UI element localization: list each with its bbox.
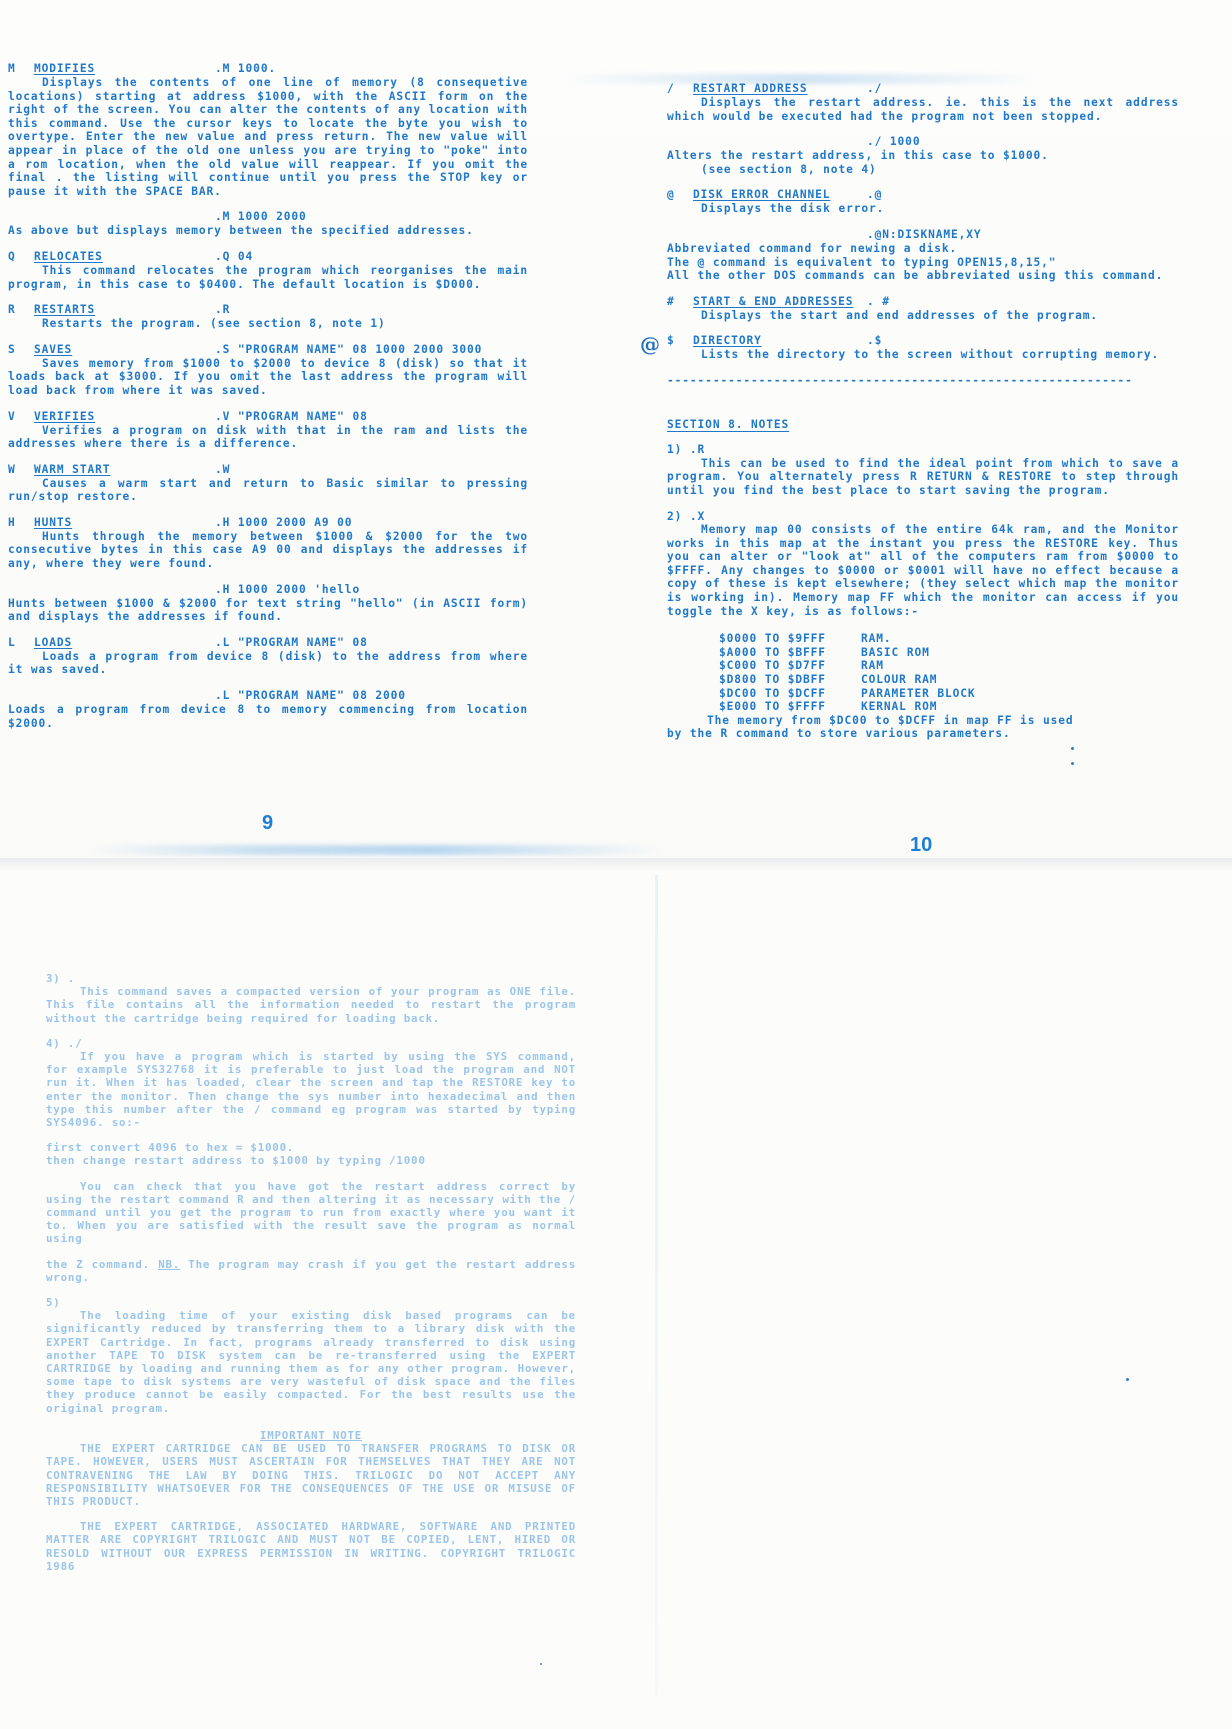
note-5-label: 5) [46,1296,576,1309]
command-entry: SSAVES.S "PROGRAM NAME" 08 1000 2000 300… [8,343,528,398]
command-syntax: .Q 04 [215,250,253,264]
command-syntax: .L "PROGRAM NAME" 08 [215,636,368,650]
command-description: Displays the restart address. ie. this i… [667,96,1179,123]
command-syntax: ./ [867,82,882,96]
command-syntax: .S "PROGRAM NAME" 08 1000 2000 3000 [215,343,482,357]
command-entry: WWARM START.WCauses a warm start and ret… [8,463,528,504]
note-text: Memory map 00 consists of the entire 64k… [667,523,1179,618]
command-title: MODIFIES [34,62,95,75]
section-divider: ----------------------------------------… [667,374,1179,388]
command-title: LOADS [34,636,72,649]
command-syntax: .$ [867,334,882,348]
memory-map-row: $0000 TO $9FFFRAM. [719,632,1179,646]
command-entry: HHUNTS.H 1000 2000 A9 00Hunts through th… [8,516,528,571]
check-text: You can check that you have got the rest… [46,1180,576,1246]
command-description: Verifies a program on disk with that in … [8,424,528,451]
command-description: Displays the start and end addresses of … [667,309,1179,323]
note-label: 2) .X [667,510,1179,524]
command-key: # [667,295,693,309]
note-3-text: This command saves a compacted version o… [46,985,576,1025]
command-description: As above but displays memory between the… [8,224,528,238]
memory-range: $DC00 TO $DCFF [719,687,861,701]
memory-map-row: $A000 TO $BFFFBASIC ROM [719,646,1179,660]
command-headline: .L "PROGRAM NAME" 08 2000 [8,689,528,703]
memory-map-footer: The memory from $DC00 to $DCFF in map FF… [667,714,1179,728]
command-description: Saves memory from $1000 to $2000 to devi… [8,357,528,398]
memory-use: BASIC ROM [861,646,930,659]
command-title: START & END ADDRESSES [693,295,853,308]
command-headline: MMODIFIES.M 1000. [8,62,528,76]
command-title: RELOCATES [34,250,103,263]
command-description: Displays the disk error. [667,202,1179,216]
memory-map-table: $0000 TO $9FFFRAM.$A000 TO $BFFFBASIC RO… [667,632,1179,714]
command-entry: .M 1000 2000As above but displays memory… [8,210,528,238]
command-syntax: . # [867,295,890,309]
command-note: (see section 8, note 4) [667,163,1179,177]
handwritten-at-mark: @ [640,332,660,356]
command-entry: VVERIFIES.V "PROGRAM NAME" 08Verifies a … [8,410,528,451]
command-key: M [8,62,34,76]
command-entry: RRESTARTS.RRestarts the program. (see se… [8,303,528,331]
command-headline: LLOADS.L "PROGRAM NAME" 08 [8,636,528,650]
command-key: S [8,343,34,357]
memory-use: KERNAL ROM [861,700,937,713]
memory-range: $E000 TO $FFFF [719,700,861,714]
command-headline: VVERIFIES.V "PROGRAM NAME" 08 [8,410,528,424]
command-description: Loads a program from device 8 to memory … [8,703,528,730]
command-syntax: .@ [867,188,882,202]
page-number-9: 9 [262,812,273,835]
command-description: Loads a program from device 8 (disk) to … [8,650,528,677]
command-syntax: .@N:DISKNAME,XY [867,228,982,242]
command-headline: #START & END ADDRESSES. # [667,295,1179,309]
paper-crease [655,875,658,1695]
memory-map-row: $DC00 TO $DCFFPARAMETER BLOCK [719,687,1179,701]
command-key: @ [667,188,693,202]
command-syntax: .R [215,303,230,317]
command-description: This command relocates the program which… [8,264,528,291]
command-description: Hunts between $1000 & $2000 for text str… [8,597,528,624]
important-note-title: IMPORTANT NOTE [46,1429,576,1442]
command-description: Causes a warm start and return to Basic … [8,477,528,504]
note-entry: 1) .RThis can be used to find the ideal … [667,443,1179,497]
ink-speck [540,1663,542,1665]
important-note-text: THE EXPERT CARTRIDGE CAN BE USED TO TRAN… [46,1442,576,1508]
command-description: Lists the directory to the screen withou… [667,348,1179,362]
command-syntax: .L "PROGRAM NAME" 08 2000 [215,689,406,703]
command-headline: .@N:DISKNAME,XY [667,228,1179,242]
copyright-text: THE EXPERT CARTRIDGE, ASSOCIATED HARDWAR… [46,1520,576,1573]
command-description: Hunts through the memory between $1000 &… [8,530,528,571]
command-syntax: .V "PROGRAM NAME" 08 [215,410,368,424]
command-headline: SSAVES.S "PROGRAM NAME" 08 1000 2000 300… [8,343,528,357]
command-key: R [8,303,34,317]
command-entry: .@N:DISKNAME,XYAbbreviated command for n… [667,228,1179,283]
page-10-column: /RESTART ADDRESS./Displays the restart a… [667,82,1179,741]
memory-range: $0000 TO $9FFF [719,632,861,646]
command-syntax: .M 1000. [215,62,276,76]
command-headline: HHUNTS.H 1000 2000 A9 00 [8,516,528,530]
ink-speck [1126,1378,1129,1381]
memory-range: $A000 TO $BFFF [719,646,861,660]
command-entry: @DISK ERROR CHANNEL.@Displays the disk e… [667,188,1179,216]
command-syntax: .W [215,463,230,477]
note-label: 1) .R [667,443,1179,457]
command-description: Displays the contents of one line of mem… [8,76,528,198]
page-number-10: 10 [910,834,932,857]
note-4-text: If you have a program which is started b… [46,1050,576,1129]
command-key: $ [667,334,693,348]
command-headline: .M 1000 2000 [8,210,528,224]
command-title: DIRECTORY [693,334,762,347]
memory-map-row: $E000 TO $FFFFKERNAL ROM [719,700,1179,714]
note-text: This can be used to find the ideal point… [667,457,1179,498]
command-syntax: ./ 1000 [867,135,920,149]
convert-line-2: then change restart address to $1000 by … [46,1154,576,1167]
command-entry: QRELOCATES.Q 04This command relocates th… [8,250,528,291]
memory-use: COLOUR RAM [861,673,937,686]
command-title: RESTARTS [34,303,95,316]
convert-line-1: first convert 4096 to hex = $1000. [46,1141,576,1154]
memory-use: RAM. [861,632,892,645]
ink-smudge [90,845,660,855]
note-3-label: 3) . [46,972,576,985]
command-entry: $DIRECTORY.$Lists the directory to the s… [667,334,1179,362]
command-entry: /RESTART ADDRESS./Displays the restart a… [667,82,1179,123]
memory-map-footer: by the R command to store various parame… [667,727,1179,741]
command-entry: #START & END ADDRESSES. #Displays the st… [667,295,1179,323]
note-entry: 2) .XMemory map 00 consists of the entir… [667,510,1179,619]
command-headline: .H 1000 2000 'hello [8,583,528,597]
command-headline: /RESTART ADDRESS./ [667,82,1179,96]
command-key: W [8,463,34,477]
command-syntax: .H 1000 2000 'hello [215,583,360,597]
command-key: V [8,410,34,424]
nb-pre: the Z command. [46,1258,158,1271]
command-title: RESTART ADDRESS [693,82,808,95]
command-description-line: The @ command is equivalent to typing OP… [667,256,1179,270]
command-title: WARM START [34,463,110,476]
memory-range: $D800 TO $DBFF [719,673,861,687]
memory-map-row: $C000 TO $D7FFRAM [719,659,1179,673]
command-key: Q [8,250,34,264]
command-description-line: All the other DOS commands can be abbrev… [667,269,1179,283]
command-key: H [8,516,34,530]
command-title: SAVES [34,343,72,356]
memory-use: RAM [861,659,884,672]
command-key: L [8,636,34,650]
memory-map-row: $D800 TO $DBFFCOLOUR RAM [719,673,1179,687]
nb-paragraph: the Z command. NB. The program may crash… [46,1258,576,1284]
note-4-label: 4) ./ [46,1037,576,1050]
ink-speck [1071,762,1074,765]
command-headline: WWARM START.W [8,463,528,477]
command-headline: QRELOCATES.Q 04 [8,250,528,264]
command-description-line: Abbreviated command for newing a disk. [667,242,1179,256]
command-description: Alters the restart address, in this case… [667,149,1179,163]
command-entry: .H 1000 2000 'helloHunts between $1000 &… [8,583,528,624]
memory-range: $C000 TO $D7FF [719,659,861,673]
note-5-text: The loading time of your existing disk b… [46,1309,576,1415]
command-syntax: .M 1000 2000 [215,210,307,224]
command-entry: ./ 1000Alters the restart address, in th… [667,135,1179,176]
nb-label: NB. [158,1258,180,1271]
faded-notes-page: 3) . This command saves a compacted vers… [46,972,576,1585]
command-headline: ./ 1000 [667,135,1179,149]
command-headline: RRESTARTS.R [8,303,528,317]
command-headline: $DIRECTORY.$ [667,334,1179,348]
command-syntax: .H 1000 2000 A9 00 [215,516,352,530]
command-title: DISK ERROR CHANNEL [693,188,830,201]
command-entry: LLOADS.L "PROGRAM NAME" 08Loads a progra… [8,636,528,677]
command-entry: MMODIFIES.M 1000.Displays the contents o… [8,62,528,198]
command-description: Restarts the program. (see section 8, no… [8,317,528,331]
command-headline: @DISK ERROR CHANNEL.@ [667,188,1179,202]
command-title: HUNTS [34,516,72,529]
section-8-title: SECTION 8. NOTES [667,418,1179,432]
command-key: / [667,82,693,96]
ink-speck [1071,747,1074,750]
command-title: VERIFIES [34,410,95,423]
page-9-column: MMODIFIES.M 1000.Displays the contents o… [8,62,528,742]
command-entry: .L "PROGRAM NAME" 08 2000Loads a program… [8,689,528,730]
memory-use: PARAMETER BLOCK [861,687,976,700]
